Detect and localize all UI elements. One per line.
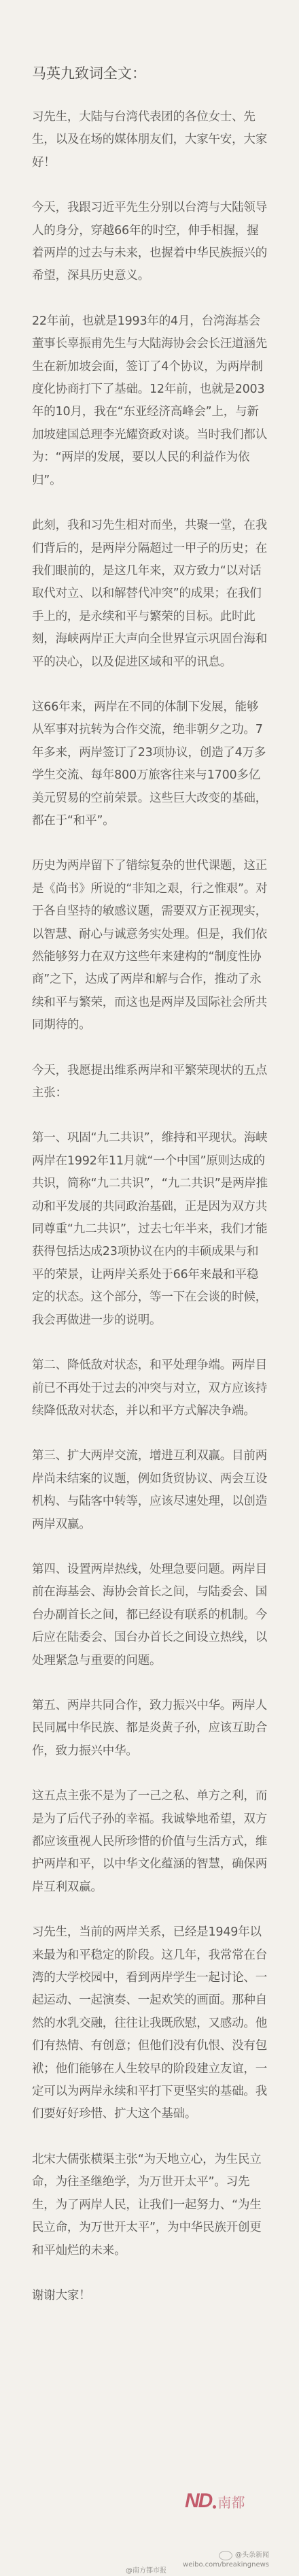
paragraph-point-3: 第三、扩大两岸交流，增进互利双赢。目前两岸尚未结案的议题，例如货贸协议、两会互设… (32, 1445, 270, 1536)
paragraph-five-points-intro: 今天，我愿提出维系两岸和平繁荣现状的五点主张： (32, 1060, 270, 1105)
paragraph: 这66年来，两岸在不同的体制下发展，能够从军事对抗转为合作交流，绝非朝夕之功。7… (32, 696, 270, 832)
source-credit: @南方都市报 (126, 2564, 166, 2575)
weibo-watermark: @头条新闻 weibo.com/breakingnews (183, 2551, 269, 2570)
paragraph: 历史为两岸留下了错综复杂的世代课题，这正是《尚书》所说的“非知之艰，行之惟艰”。… (32, 855, 270, 1037)
paragraph: 22年前，也就是1993年的4月，台湾海基会董事长辜振甫先生与大陆海协会会长汪道… (32, 310, 270, 492)
logo-text: 南都 (217, 2494, 245, 2511)
nandu-logo-icon: ND (185, 2491, 211, 2511)
article-title: 马英九致词全文： (32, 63, 270, 85)
nandu-logo: ND 南都 (185, 2491, 245, 2511)
paragraph: 这五点主张不是为了一己之私、单方之利，而是为了后代子孙的幸福。我诚挚地希望，双方… (32, 1785, 270, 1899)
paragraph: 此刻，我和习先生相对而坐，共聚一堂，在我们背后的，是两岸分隔超过一甲子的历史；在… (32, 515, 270, 674)
paragraph-point-2: 第二、降低敌对状态，和平处理争端。两岸目前已不再处于过去的冲突与对立，双方应该持… (32, 1354, 270, 1422)
watermark-handle: @头条新闻 (235, 2551, 269, 2560)
paragraph-point-5: 第五、两岸共同合作，致力振兴中华。两岸人民同属中华民族、都是炎黄子孙，应该互助合… (32, 1695, 270, 1763)
paragraph-point-1: 第一、巩固“九二共识”，维持和平现状。海峡两岸在1992年11月就“一个中国”原… (32, 1127, 270, 1332)
paragraph-point-4: 第四、设置两岸热线，处理急要问题。两岸目前在海基会、海协会首长之间，与陆委会、国… (32, 1559, 270, 1672)
paragraph: 习先生，当前的两岸关系，已经是1949年以来最为和平稳定的阶段。这几年，我常常在… (32, 1921, 270, 2126)
logo-dot-icon (213, 2505, 216, 2509)
weibo-icon (219, 2551, 232, 2560)
paragraph-closing: 谢谢大家！ (32, 2285, 270, 2307)
paragraph: 今天，我跟习近平先生分别以台湾与大陆领导人的身分，穿越66年的时空，伸手相握，握… (32, 197, 270, 288)
article: 马英九致词全文： 习先生，大陆与台湾代表团的各位女士、先生，以及在场的媒体朋友们… (32, 63, 270, 2330)
watermark-url: weibo.com/breakingnews (183, 2560, 269, 2570)
paragraph: 北宋大儒张横渠主张“为天地立心，为生民立命，为往圣继绝学，为万世开太平”。习先生… (32, 2149, 270, 2262)
paragraph-greeting: 习先生，大陆与台湾代表团的各位女士、先生，以及在场的媒体朋友们，大家午安，大家好… (32, 106, 270, 174)
